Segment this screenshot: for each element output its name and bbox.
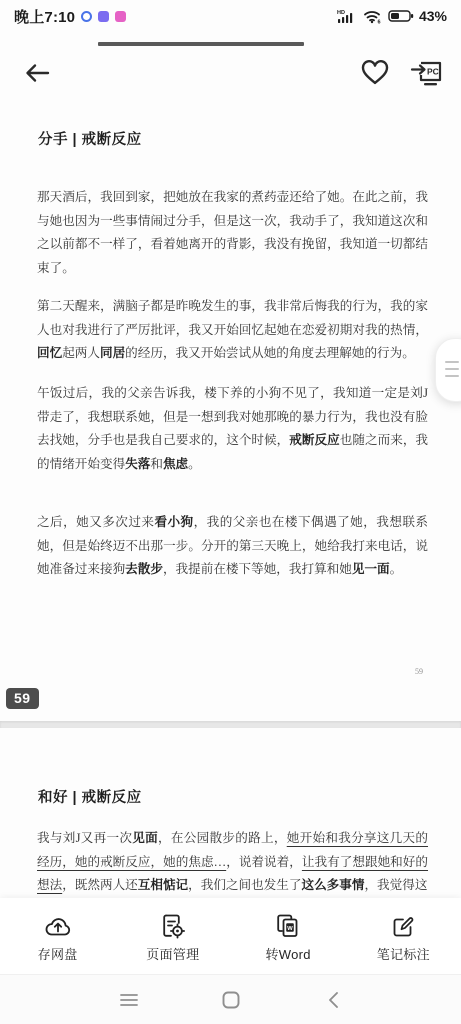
- phone-screen: 晚上7:10 HD 6: [0, 0, 461, 1024]
- clock: 晚上7:10: [14, 6, 75, 27]
- home-button[interactable]: [216, 985, 246, 1015]
- convert-to-word-button[interactable]: w 转Word: [231, 898, 346, 974]
- notification-dot-icon: [81, 11, 92, 22]
- chevron-left-icon: [326, 990, 340, 1010]
- status-bar: 晚上7:10 HD 6: [0, 0, 461, 32]
- recents-menu-button[interactable]: [114, 985, 144, 1015]
- battery-icon: [388, 9, 414, 23]
- paragraph: 我与刘J又再一次见面，在公园散步的路上，她开始和我分享这几天的经历，她的戒断反应…: [37, 827, 428, 898]
- wifi-icon: 6: [363, 8, 383, 24]
- toolbar-label: 存网盘: [38, 944, 78, 963]
- heart-icon: [359, 56, 391, 88]
- svg-text:6: 6: [377, 20, 380, 25]
- home-square-icon: [221, 990, 241, 1010]
- page-number-badge: 59: [6, 688, 39, 709]
- toolbar-label: 转Word: [265, 944, 310, 963]
- save-to-cloud-button[interactable]: 存网盘: [0, 898, 115, 974]
- send-to-pc-button[interactable]: PC: [407, 56, 445, 90]
- back-button[interactable]: [20, 56, 54, 90]
- app-notification-icon: [98, 11, 109, 22]
- system-back-button[interactable]: [318, 985, 348, 1015]
- back-arrow-icon: [20, 56, 54, 90]
- note-annotate-button[interactable]: 笔记标注: [346, 898, 461, 974]
- app-notification-icon-2: [115, 11, 126, 22]
- svg-text:PC: PC: [427, 67, 439, 77]
- menu-icon: [119, 992, 139, 1008]
- send-to-pc-icon: PC: [407, 56, 445, 90]
- favorite-button[interactable]: [359, 56, 391, 88]
- svg-text:w: w: [286, 925, 293, 932]
- svg-text:HD: HD: [337, 10, 345, 16]
- toolbar-label: 页面管理: [146, 944, 199, 963]
- floating-tools-handle[interactable]: [435, 338, 461, 402]
- toolbar-label: 笔记标注: [377, 944, 430, 963]
- handle-lines-icon: [445, 361, 459, 363]
- page-manage-icon: [159, 913, 187, 939]
- section-title-reconcile: 和好 | 戒断反应: [38, 786, 142, 807]
- page-break-divider: [0, 721, 461, 728]
- cellular-signal-icon: HD: [336, 8, 358, 24]
- bottom-toolbar: 存网盘 页面管理 w 转Word: [0, 898, 461, 974]
- section-title-breakup: 分手 | 戒断反应: [38, 128, 142, 149]
- note-annotate-icon: [389, 913, 417, 939]
- printed-page-number: 59: [415, 667, 423, 676]
- paragraph: 之后，她又多次过来看小狗，我的父亲也在楼下偶遇了她，我想联系她，但是始终迈不出那…: [37, 511, 428, 582]
- battery-percent: 43%: [419, 8, 447, 24]
- word-doc-icon: w: [274, 913, 302, 939]
- paragraph: 那天酒后，我回到家，把她放在我家的煮药壶还给了她。在此之前，我与她也因为一些事情…: [37, 186, 428, 280]
- app-nav-bar: PC: [0, 44, 461, 100]
- page-manage-button[interactable]: 页面管理: [115, 898, 230, 974]
- cloud-upload-icon: [43, 913, 73, 939]
- paragraph: 午饭过后，我的父亲告诉我，楼下养的小狗不见了，我知道一定是刘J带走了，我想联系她…: [37, 382, 428, 476]
- system-navigation-bar: [0, 974, 461, 1024]
- paragraph: 第二天醒来，满脑子都是昨晚发生的事，我非常后悔我的行为，我的家人也对我进行了严厉…: [37, 295, 428, 366]
